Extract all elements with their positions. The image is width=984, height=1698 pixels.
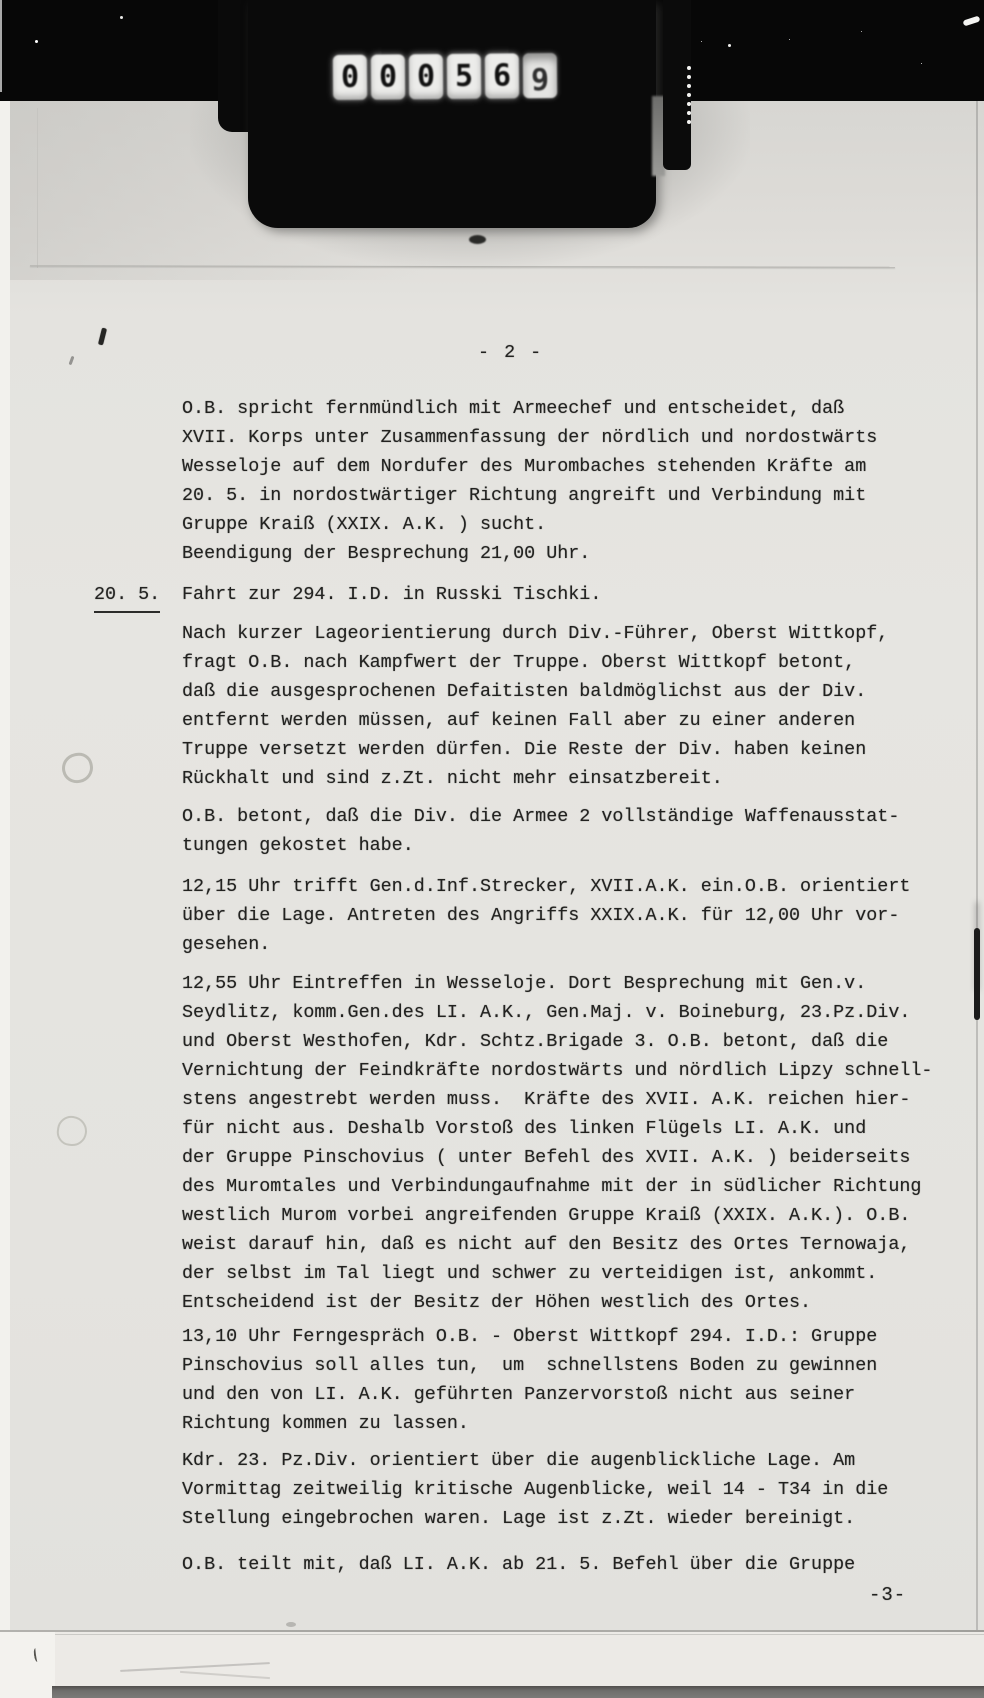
- page-bottom-area: [0, 1632, 984, 1698]
- page-bottom-edge: [0, 1630, 984, 1632]
- document-page: - 2 - O.B. spricht fernmündlich mit Arme…: [0, 100, 984, 1632]
- film-scratch: [0, 0, 2, 92]
- paper-streak: [37, 108, 38, 268]
- pencil-scribble: [180, 1671, 270, 1679]
- page-left-edge: [0, 100, 10, 1632]
- counter-digit: 9: [523, 53, 557, 98]
- pencil-circle-mark: [55, 1114, 89, 1148]
- microfilm-frame: - 2 - O.B. spricht fernmündlich mit Arme…: [0, 0, 984, 1698]
- paper-blotch: [286, 1622, 296, 1627]
- paragraph: O.B. betont, daß die Div. die Armee 2 vo…: [182, 802, 944, 860]
- pencil-scribble: [120, 1662, 270, 1672]
- exposure-bar: [52, 1686, 984, 1698]
- page-bottom-edge-shadow: [0, 1634, 984, 1635]
- pencil-circle-mark: [59, 750, 96, 786]
- paragraph: O.B. spricht fernmündlich mit Armeechef …: [182, 394, 944, 568]
- handwritten-tick-mark: [98, 328, 107, 346]
- diary-text-column: O.B. spricht fernmündlich mit Armeechef …: [182, 394, 944, 1579]
- diary-entry-heading-line: 20. 5.Fahrt zur 294. I.D. in Russki Tisc…: [182, 580, 944, 609]
- film-scratch: [962, 16, 980, 27]
- paragraph: Nach kurzer Lageorientierung durch Div.-…: [182, 619, 944, 793]
- camera-head: [248, 0, 656, 228]
- camera-head-dot: [469, 235, 486, 244]
- entry-date: 20. 5.: [94, 580, 160, 613]
- next-page-marker: -3-: [869, 1584, 906, 1606]
- film-perforation-dots: [687, 66, 691, 126]
- counter-digit: 0: [371, 54, 405, 99]
- bottom-left-corner: [0, 1632, 55, 1698]
- frame-counter: 0 0 0 5 6 9: [333, 53, 557, 100]
- paragraph: 13,10 Uhr Ferngespräch O.B. - Oberst Wit…: [182, 1322, 944, 1438]
- counter-digit: 6: [485, 53, 519, 98]
- paragraph: O.B. teilt mit, daß LI. A.K. ab 21. 5. B…: [182, 1550, 944, 1579]
- page-right-edge: [976, 100, 978, 1632]
- counter-digit: 0: [333, 55, 367, 100]
- paragraph: 12,15 Uhr trifft Gen.d.Inf.Strecker, XVI…: [182, 872, 944, 959]
- paragraph: Kdr. 23. Pz.Div. orientiert über die aug…: [182, 1446, 944, 1533]
- paragraph: 12,55 Uhr Eintreffen in Wesseloje. Dort …: [182, 969, 944, 1317]
- counter-digit: 5: [447, 54, 481, 99]
- counter-digit: 0: [409, 54, 443, 99]
- handwritten-tick-mark-faint: [69, 356, 75, 365]
- ink-blot-right-edge: [974, 928, 980, 1020]
- dust-specks: [35, 40, 38, 43]
- entry-heading: Fahrt zur 294. I.D. in Russki Tischki.: [182, 584, 601, 605]
- page-number: - 2 -: [478, 342, 543, 363]
